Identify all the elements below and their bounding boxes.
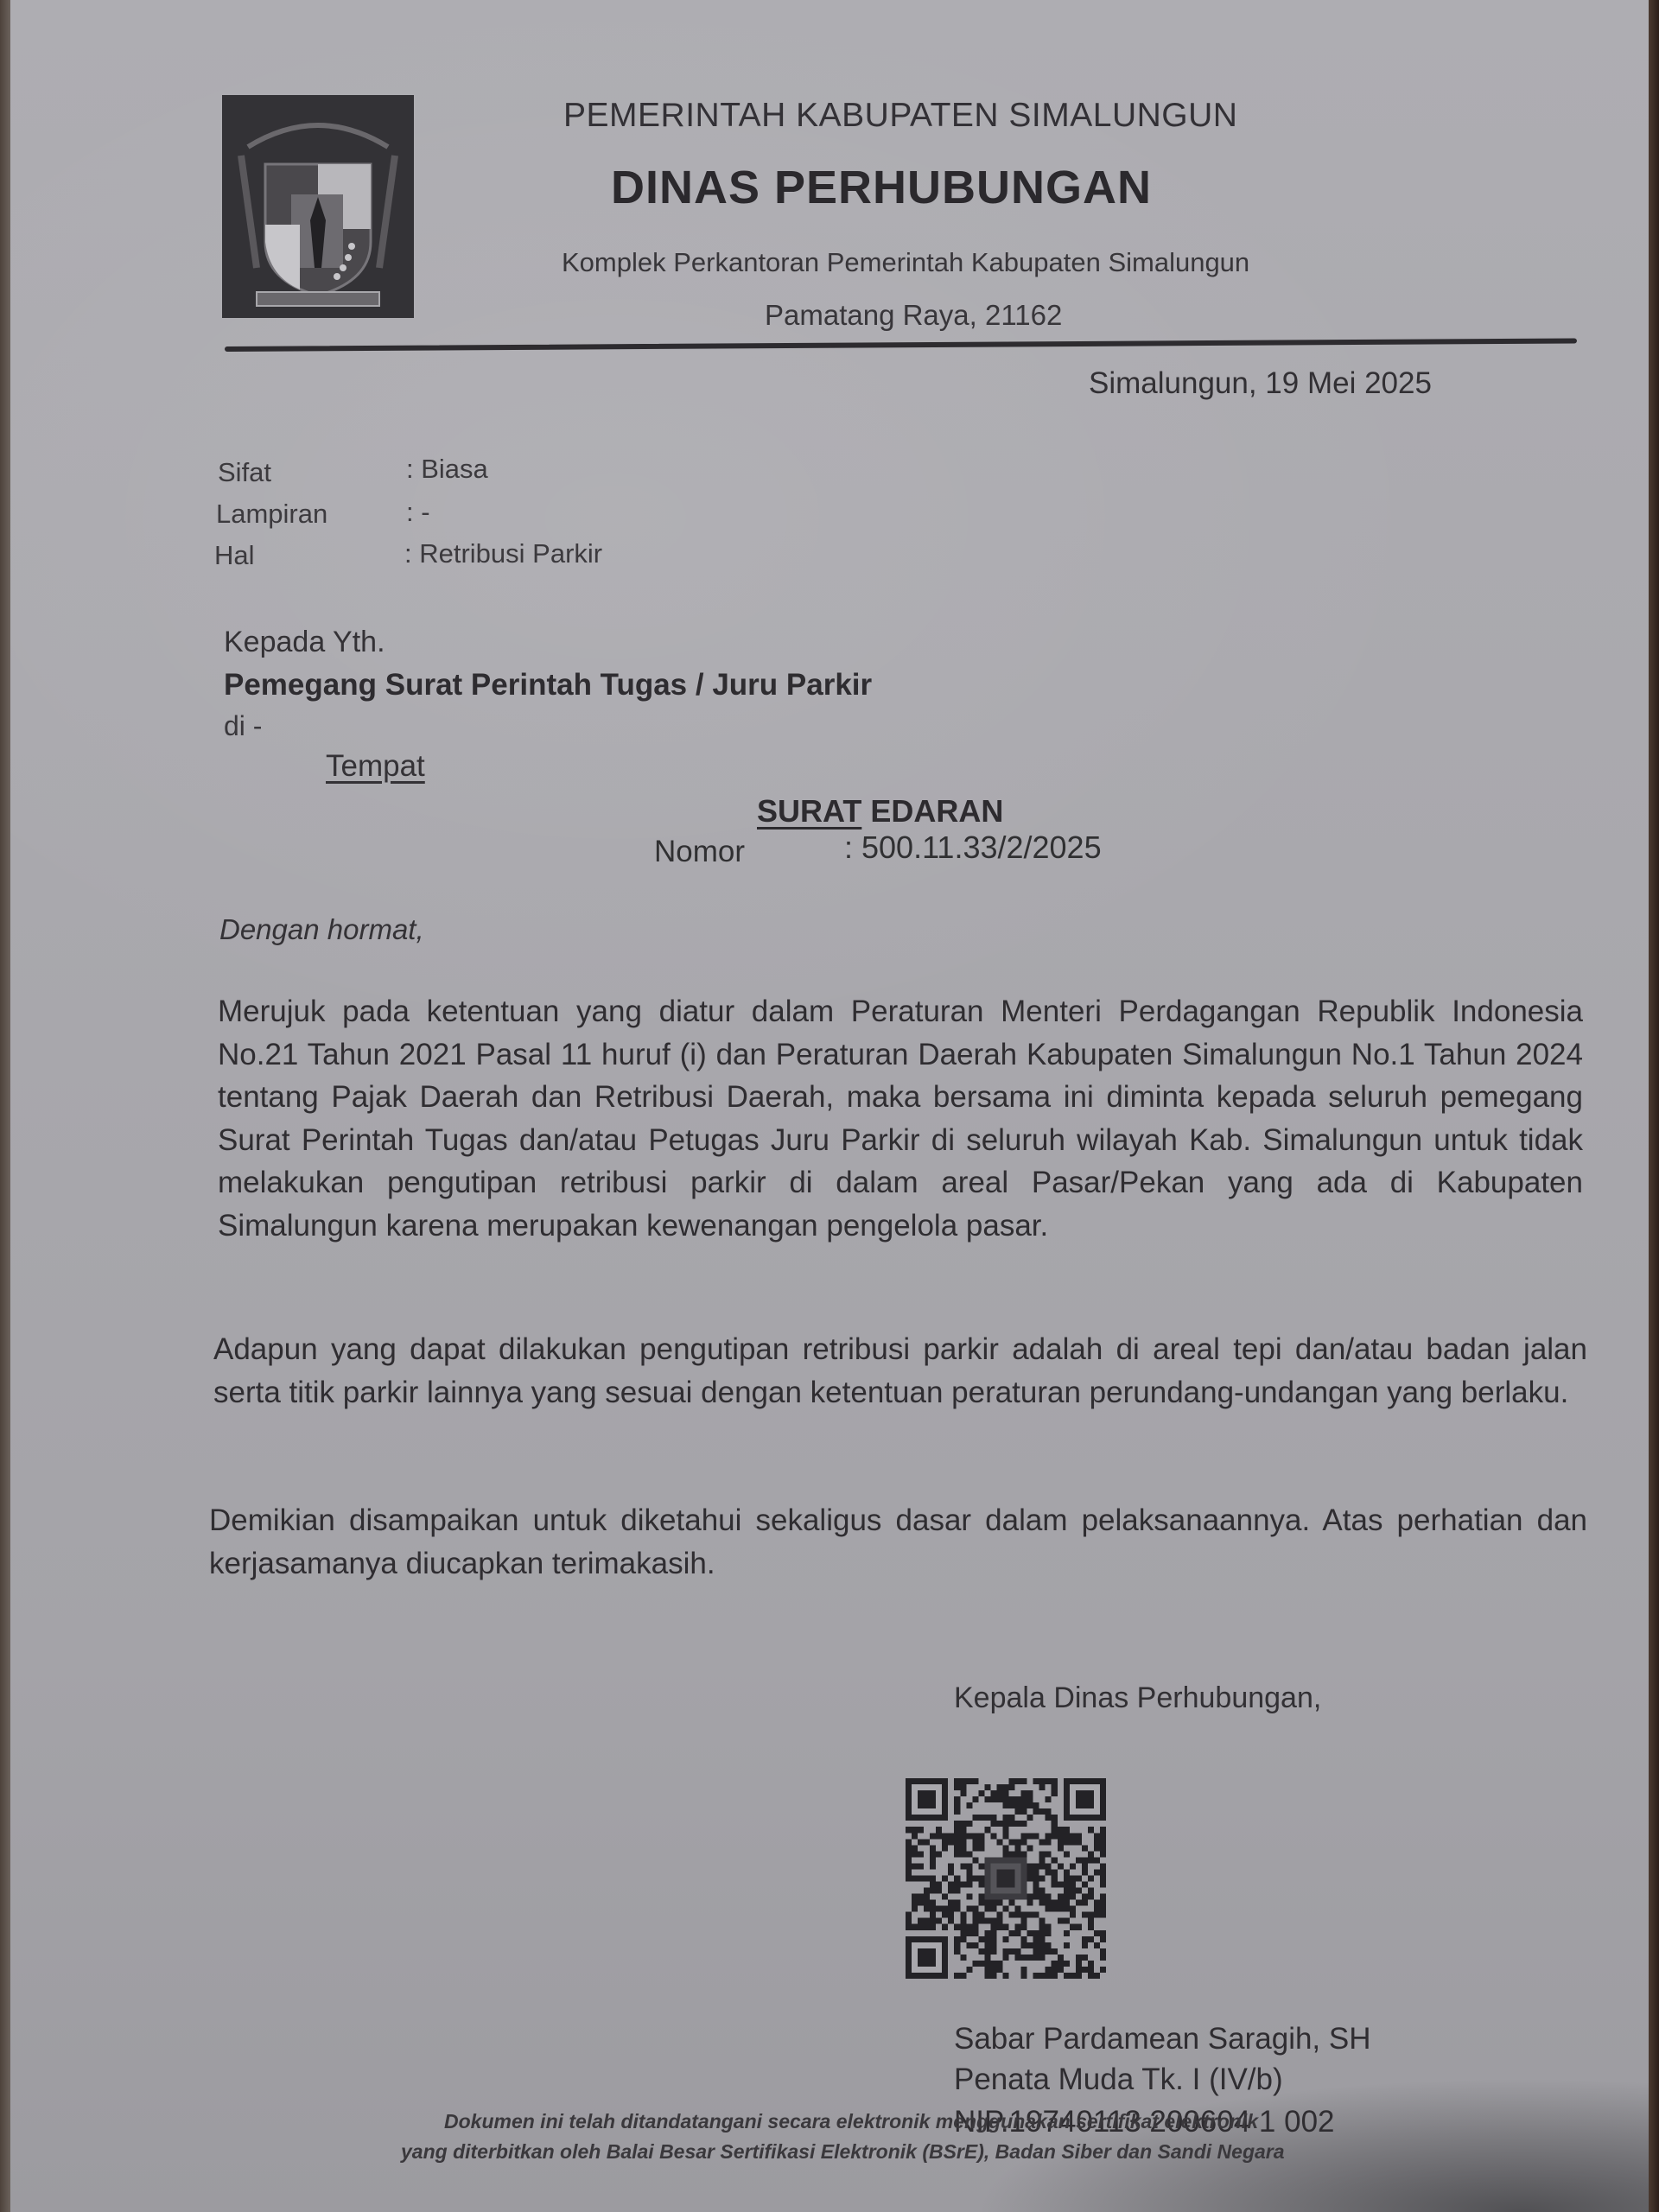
body-paragraph-1: Merujuk pada ketentuan yang diatur dalam… — [218, 990, 1583, 1247]
letter-paper: PEMERINTAH KABUPATEN SIMALUNGUN DINAS PE… — [10, 0, 1649, 2212]
meta-label-hal: Hal — [214, 540, 255, 571]
circular-title-rest: EDARAN — [861, 793, 1003, 829]
recipient-salutation: Kepada Yth. — [224, 626, 385, 659]
meta-value-lampiran: : - — [406, 497, 430, 528]
circular-title: SURAT EDARAN — [757, 793, 1003, 829]
body-paragraph-3: Demikian disampaikan untuk diketahui sek… — [209, 1499, 1587, 1585]
recipient-name: Pemegang Surat Perintah Tugas / Juru Par… — [224, 668, 872, 702]
circular-number-label: Nomor — [654, 835, 745, 869]
body-paragraph-2: Adapun yang dapat dilakukan pengutipan r… — [213, 1328, 1587, 1414]
address-line-2: Pamatang Raya, 21162 — [765, 299, 1062, 332]
recipient-place: Tempat — [326, 749, 425, 784]
address-line-1: Komplek Perkantoran Pemerintah Kabupaten… — [562, 247, 1249, 278]
signatory-name: Sabar Pardamean Saragih, SH — [954, 2022, 1371, 2056]
e-signature-footnote-line-2: yang diterbitkan oleh Balai Besar Sertif… — [401, 2140, 1285, 2164]
signatory-rank: Penata Muda Tk. I (IV/b) — [954, 2063, 1283, 2097]
circular-title-underlined: SURAT — [757, 793, 861, 829]
signatory-position: Kepala Dinas Perhubungan, — [954, 1681, 1321, 1715]
agency-name: DINAS PERHUBUNGAN — [611, 161, 1152, 214]
e-signature-qr-code-icon — [906, 1778, 1106, 1979]
meta-label-lampiran: Lampiran — [216, 499, 327, 530]
recipient-di: di - — [224, 710, 262, 742]
circular-number-value: : 500.11.33/2/2025 — [844, 829, 1102, 866]
background-edge-right — [1649, 0, 1659, 2212]
background-edge-left — [0, 0, 10, 2212]
meta-label-sifat: Sifat — [218, 457, 271, 488]
regency-coat-of-arms-icon — [222, 95, 414, 318]
meta-value-hal: : Retribusi Parkir — [404, 538, 602, 569]
government-name: PEMERINTAH KABUPATEN SIMALUNGUN — [563, 97, 1237, 135]
meta-value-sifat: : Biasa — [406, 454, 488, 485]
e-signature-footnote-line-1: Dokumen ini telah ditandatangani secara … — [444, 2110, 1258, 2133]
letterhead-divider — [225, 338, 1577, 352]
letter-date: Simalungun, 19 Mei 2025 — [1089, 366, 1432, 401]
greeting: Dengan hormat, — [219, 913, 424, 946]
